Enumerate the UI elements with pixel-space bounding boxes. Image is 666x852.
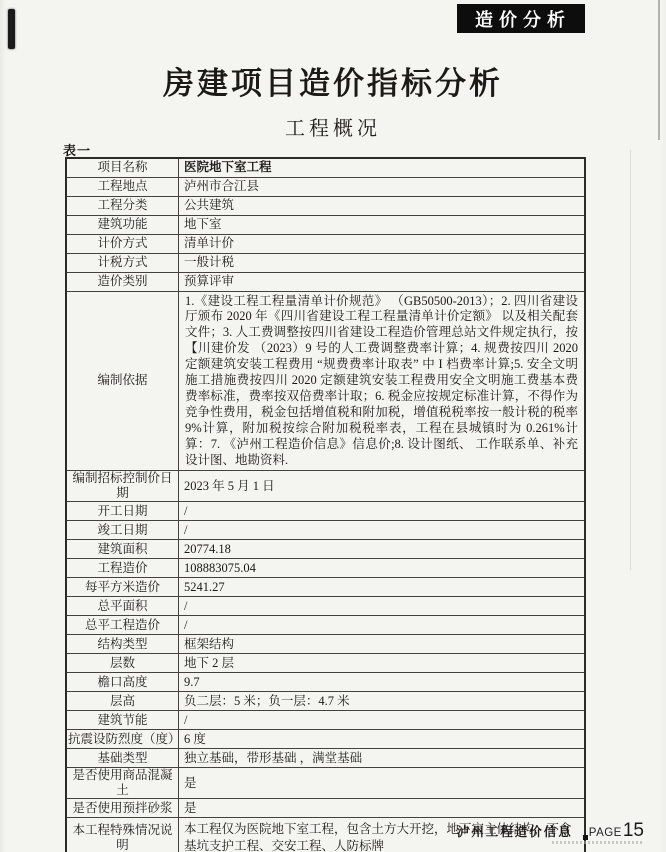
row-label: 层数 [66, 654, 179, 673]
row-label: 每平方米造价 [66, 578, 179, 597]
row-value: / [179, 502, 586, 521]
row-label: 抗震设防烈度（度） [66, 730, 179, 749]
row-label: 总平工程造价 [66, 616, 179, 635]
row-value: 是 [179, 768, 586, 799]
row-value: 1.《建设工程工程量清单计价规范》 （GB50500-2013）；2. 四川省建… [179, 291, 586, 471]
table-row: 总平工程造价 / [66, 616, 585, 635]
category-tag: 造价分析 [457, 4, 585, 33]
row-value: 2023 年 5 月 1 日 [179, 471, 586, 502]
row-value: / [179, 711, 586, 730]
row-value: / [179, 616, 586, 635]
footer-page-number: 15 [623, 820, 644, 842]
row-label: 是否使用商品混凝土 [66, 768, 179, 799]
row-label: 工程分类 [66, 196, 179, 215]
table-row: 工程地点 泸州市合江县 [66, 177, 585, 196]
row-value: 负二层：5 米；负一层：4.7 米 [179, 692, 586, 711]
row-value: 泸州市合江县 [179, 177, 586, 196]
row-label: 工程造价 [66, 559, 179, 578]
table-row: 建筑节能 / [66, 711, 585, 730]
row-value: 地下 2 层 [179, 654, 586, 673]
row-value: 地下室 [179, 215, 586, 234]
table-row: 是否使用商品混凝土 是 [66, 768, 585, 799]
row-label: 竣工日期 [66, 521, 179, 540]
row-value: 医院地下室工程 [179, 158, 586, 177]
table-row: 竣工日期 / [66, 521, 585, 540]
table-row: 是否使用预拌砂浆 是 [66, 799, 585, 818]
footer-page-word: PAGE [589, 827, 622, 839]
table-row: 建筑功能 地下室 [66, 215, 585, 234]
row-label: 编制依据 [66, 291, 179, 471]
row-label: 总平面积 [66, 597, 179, 616]
table-row: 基础类型 独立基础，带形基础 ，满堂基础 [66, 749, 585, 768]
scanned-page: 造价分析 房建项目造价指标分析 工程概况 表一 项目名称 医院地下室工程 工程地… [0, 0, 666, 852]
row-label: 计税方式 [66, 253, 179, 272]
row-label: 层高 [66, 692, 179, 711]
table-row: 编制依据 1.《建设工程工程量清单计价规范》 （GB50500-2013）；2.… [66, 291, 585, 471]
table-row: 每平方米造价 5241.27 [66, 578, 585, 597]
project-overview-table-wrap: 项目名称 医院地下室工程 工程地点 泸州市合江县 工程分类 公共建筑 建筑功能 … [65, 157, 586, 852]
row-label: 工程地点 [66, 177, 179, 196]
page-footer: 泸州工程造价信息 PAGE 15 [457, 820, 644, 842]
table-row: 总平面积 / [66, 597, 585, 616]
row-value: 公共建筑 [179, 196, 586, 215]
category-tag-label: 造价分析 [475, 6, 571, 32]
table-row: 建筑面积 20774.18 [66, 540, 585, 559]
table-body: 项目名称 医院地下室工程 工程地点 泸州市合江县 工程分类 公共建筑 建筑功能 … [66, 158, 585, 852]
table-row: 层高 负二层：5 米；负一层：4.7 米 [66, 692, 585, 711]
row-value: 一般计税 [179, 253, 586, 272]
row-value: 独立基础，带形基础 ，满堂基础 [179, 749, 586, 768]
row-label: 建筑功能 [66, 215, 179, 234]
row-value: 20774.18 [179, 540, 586, 559]
table-row: 层数 地下 2 层 [66, 654, 585, 673]
table-row: 计价方式 清单计价 [66, 234, 585, 253]
row-label: 结构类型 [66, 635, 179, 654]
table-row: 檐口高度 9.7 [66, 673, 585, 692]
row-label: 本工程特殊情况说明 [66, 818, 179, 852]
row-value: 清单计价 [179, 234, 586, 253]
project-overview-table: 项目名称 医院地下室工程 工程地点 泸州市合江县 工程分类 公共建筑 建筑功能 … [65, 157, 586, 852]
row-value: 6 度 [179, 730, 586, 749]
row-value: 预算评审 [179, 272, 586, 291]
table-row: 开工日期 / [66, 502, 585, 521]
scan-binding-mark [8, 9, 15, 49]
row-value: 是 [179, 799, 586, 818]
row-label: 计价方式 [66, 234, 179, 253]
table-row: 计税方式 一般计税 [66, 253, 585, 272]
row-value: 108883075.04 [179, 559, 586, 578]
footer-journal: 泸州工程造价信息 [457, 822, 573, 840]
row-value: 9.7 [179, 673, 586, 692]
row-label: 是否使用预拌砂浆 [66, 799, 179, 818]
row-value: / [179, 521, 586, 540]
row-label: 建筑面积 [66, 540, 179, 559]
row-label: 开工日期 [66, 502, 179, 521]
table-row: 编制招标控制价日期 2023 年 5 月 1 日 [66, 471, 585, 502]
row-label: 基础类型 [66, 749, 179, 768]
row-label: 项目名称 [66, 158, 179, 177]
scan-microtext-artifact [552, 841, 644, 844]
row-value: / [179, 597, 586, 616]
table-row: 项目名称 医院地下室工程 [66, 158, 585, 177]
table-row: 工程造价 108883075.04 [66, 559, 585, 578]
table-row: 结构类型 框架结构 [66, 635, 585, 654]
section-title: 工程概况 [0, 112, 666, 141]
row-value: 框架结构 [179, 635, 586, 654]
table-row: 抗震设防烈度（度） 6 度 [66, 730, 585, 749]
table-row: 造价类别 预算评审 [66, 272, 585, 291]
row-label: 建筑节能 [66, 711, 179, 730]
table-row: 工程分类 公共建筑 [66, 196, 585, 215]
scan-faint-line [630, 150, 631, 570]
row-label: 编制招标控制价日期 [66, 471, 179, 502]
row-value: 5241.27 [179, 578, 586, 597]
page-marker-icon [583, 835, 588, 840]
row-label: 造价类别 [66, 272, 179, 291]
row-label: 檐口高度 [66, 673, 179, 692]
page-title: 房建项目造价指标分析 [0, 58, 666, 103]
scan-speckles [0, 0, 1, 1]
